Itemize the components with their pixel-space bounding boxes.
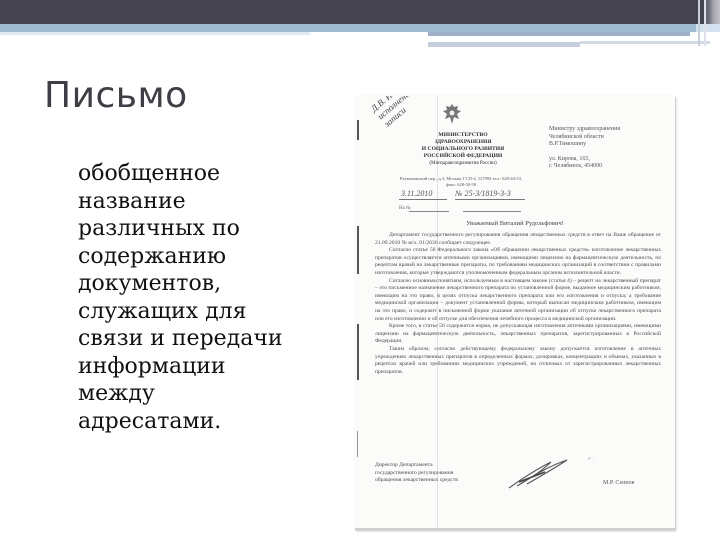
recipient-line: В.Р.Тимошину xyxy=(549,141,659,149)
letterhead-line: МИНИСТЕРСТВО xyxy=(407,132,519,139)
scan-mark xyxy=(357,431,358,457)
letter-body: Департамент государственного регулирован… xyxy=(375,232,661,376)
recipient-line: Челябинской области xyxy=(549,134,659,142)
reference-line: На № xyxy=(399,206,529,211)
underline xyxy=(463,211,521,212)
accent-stripe xyxy=(0,24,720,32)
signatory-title: Директор Департамента государственного р… xyxy=(375,462,475,485)
header-bar-edge xyxy=(704,0,720,24)
text-line: название xyxy=(78,188,328,216)
text-line: информации xyxy=(78,353,328,381)
letter-paragraph: Согласно статье 56 Федерального закона «… xyxy=(375,247,661,277)
text-line: различных по xyxy=(78,215,328,243)
letter-salutation: Уважаемый Виталий Рудольфович! xyxy=(355,220,675,227)
letter-paragraph: Согласно основным понятиям, используемым… xyxy=(375,278,661,324)
signatory-title-line: обращения лекарственных средств xyxy=(375,477,475,485)
slide-title: Письмо xyxy=(44,74,188,118)
signature-annotation: ✓ · xyxy=(587,456,594,462)
recipient-address-line: ул. Кирова, 165, xyxy=(549,156,659,164)
underline xyxy=(409,211,449,212)
letter-paragraph: Кроме того, в статье 56 содержится норма… xyxy=(375,323,661,346)
recipient-line: Министру здравоохранения xyxy=(549,126,659,134)
text-line: содержанию xyxy=(78,243,328,271)
decorative-line xyxy=(704,0,706,46)
letterhead-subtitle: (Минздравсоцразвития России) xyxy=(407,160,519,167)
ministry-letterhead: МИНИСТЕРСТВО ЗДРАВООХРАНЕНИЯ И СОЦИАЛЬНО… xyxy=(407,132,519,167)
text-line: адресатами. xyxy=(78,408,328,436)
scan-mark xyxy=(357,324,359,380)
text-line: между xyxy=(78,380,328,408)
definition-text: обобщенное название различных по содержа… xyxy=(78,160,328,435)
registration-number: № 25-3/1819-3-3 xyxy=(455,189,511,198)
decorative-line xyxy=(428,32,690,36)
letterhead-line: ЗДРАВООХРАНЕНИЯ xyxy=(407,139,519,146)
decorative-line xyxy=(580,41,710,44)
recipient-block: Министру здравоохранения Челябинской обл… xyxy=(549,126,659,171)
text-line: связи и передачи xyxy=(78,325,328,353)
letterhead-line: РОССИЙСКОЙ ФЕДЕРАЦИИ xyxy=(407,153,519,160)
signatory-title-line: Директор Департамента xyxy=(375,462,475,470)
text-line: документов, xyxy=(78,270,328,298)
underline xyxy=(455,199,525,200)
decorative-line xyxy=(698,0,700,46)
scan-mark xyxy=(357,120,359,140)
letter-paragraph: Таким образом, согласно действующему фед… xyxy=(375,346,661,376)
signatory-name: М.Р. Сеннов xyxy=(603,480,634,486)
scan-mark xyxy=(357,226,359,274)
decorative-line xyxy=(428,42,580,47)
handwritten-signature-icon xyxy=(505,456,575,492)
text-line: обобщенное xyxy=(78,160,328,188)
text-line: служащих для xyxy=(78,298,328,326)
scanned-letter-image: Д.В. Ив… Для исполнения к записи МИНИСТЕ… xyxy=(355,96,675,530)
accent-stripe-shadow xyxy=(0,32,310,35)
letter-paragraph: Департамент государственного регулирован… xyxy=(375,232,661,247)
registration-line: 3.11.2010 № 25-3/1819-3-3 xyxy=(399,189,529,201)
handwritten-resolution: Д.В. Ив… Для исполнения к записи xyxy=(369,96,442,129)
ministry-address: Рахмановский пер., д.3, Москва, ГСП-4, 1… xyxy=(399,176,523,188)
underline xyxy=(399,199,447,200)
registration-date: 3.11.2010 xyxy=(401,189,432,198)
recipient-address-line: г. Челябинск, 454000 xyxy=(549,163,659,171)
letterhead-line: И СОЦИАЛЬНОГО РАЗВИТИЯ xyxy=(407,146,519,153)
coat-of-arms-icon xyxy=(440,102,464,128)
header-bar xyxy=(0,0,720,24)
